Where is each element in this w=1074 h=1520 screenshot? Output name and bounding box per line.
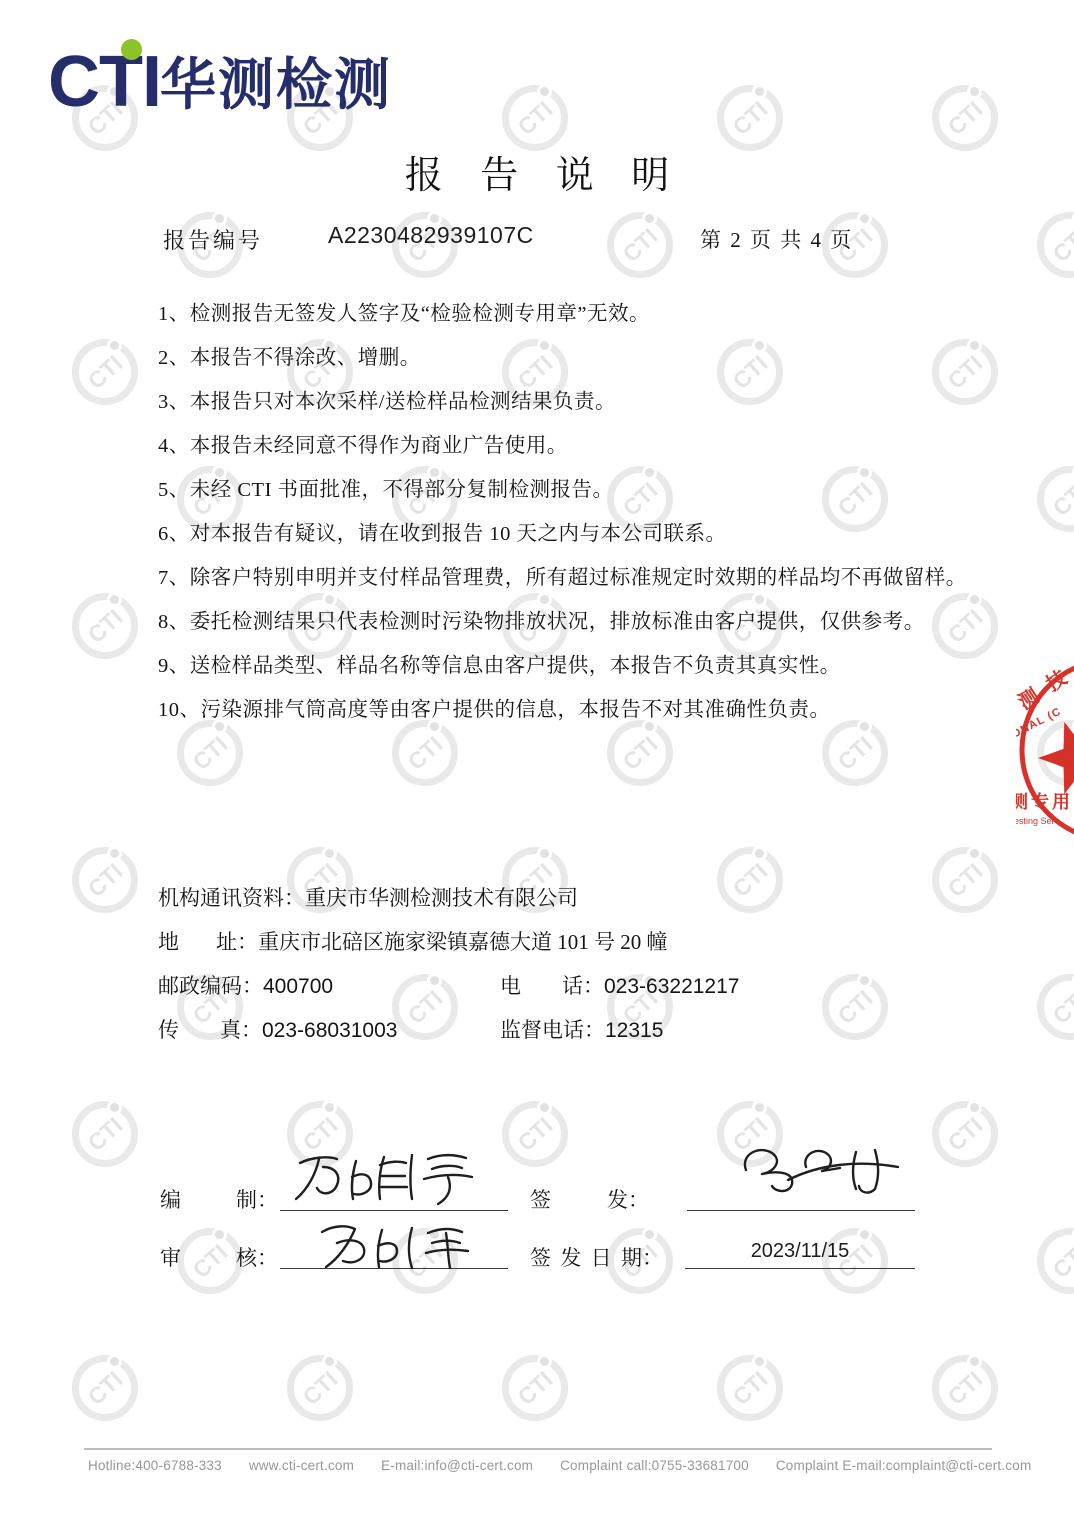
reviewed-by-label: 审核： bbox=[160, 1242, 278, 1272]
org-label: 机构通讯资料 bbox=[158, 886, 284, 910]
page-title: 报 告 说 明 bbox=[0, 144, 1074, 199]
svg-text:测 技: 测 技 bbox=[1016, 663, 1074, 714]
postcode-label: 邮政编码 bbox=[158, 964, 242, 1008]
footer: Hotline:400-6788-333 www.cti-cert.com E-… bbox=[88, 1458, 1031, 1473]
note-item: 10、污染源排气筒高度等由客户提供的信息，本报告不对其准确性负责。 bbox=[158, 688, 967, 732]
cti-logo-text: CTI bbox=[48, 46, 161, 118]
issue-date-label: 签发日期： bbox=[530, 1242, 663, 1272]
contact-postcode-phone-row: 邮政编码：400700 电话：023-63221217 bbox=[158, 964, 668, 1008]
reviewed-signature-handwriting bbox=[310, 1218, 480, 1270]
note-item: 1、检测报告无签发人签字及“检验检测专用章”无效。 bbox=[158, 292, 967, 336]
svg-text:ONAL (C: ONAL (C bbox=[1016, 705, 1064, 740]
note-item: 3、本报告只对本次采样/送检样品检测结果负责。 bbox=[158, 380, 967, 424]
supervision-value: 12315 bbox=[605, 1019, 663, 1042]
colon: ： bbox=[237, 930, 258, 954]
colon: ： bbox=[284, 886, 305, 910]
org-value: 重庆市华测检测技术有限公司 bbox=[305, 886, 578, 910]
report-number-value: A2230482939107C bbox=[328, 222, 534, 249]
fax-label: 传真 bbox=[158, 1008, 241, 1052]
phone-label: 电话 bbox=[500, 964, 583, 1008]
contact-address-row: 地址：重庆市北碚区施家梁镇嘉德大道 101 号 20 幢 bbox=[158, 920, 668, 964]
contact-org-row: 机构通讯资料：重庆市华测检测技术有限公司 bbox=[158, 876, 668, 920]
issued-signature-handwriting bbox=[732, 1140, 907, 1198]
note-item: 4、本报告未经同意不得作为商业广告使用。 bbox=[158, 424, 967, 468]
fax-value: 023-68031003 bbox=[262, 1019, 397, 1042]
cti-logo-green-dot-icon bbox=[121, 39, 142, 60]
footer-divider bbox=[84, 1448, 992, 1450]
footer-complaint-call: Complaint call:0755-33681700 bbox=[560, 1458, 749, 1473]
phone-field: 电话：023-63221217 bbox=[500, 964, 739, 1009]
cti-logo-chinese: 华测检测 bbox=[160, 58, 392, 114]
issue-date-line bbox=[685, 1268, 915, 1269]
note-item: 8、委托检测结果只代表检测时污染物排放状况，排放标准由客户提供，仅供参考。 bbox=[158, 600, 967, 644]
colon: ： bbox=[583, 974, 604, 998]
report-notes-list: 1、检测报告无签发人签字及“检验检测专用章”无效。 2、本报告不得涂改、增删。 … bbox=[158, 292, 967, 732]
contact-block: 机构通讯资料：重庆市华测检测技术有限公司 地址：重庆市北碚区施家梁镇嘉德大道 1… bbox=[158, 876, 668, 1052]
issued-by-label: 签发： bbox=[530, 1184, 649, 1214]
svg-text:测专用: 测专用 bbox=[1016, 791, 1073, 812]
address-value: 重庆市北碚区施家梁镇嘉德大道 101 号 20 幢 bbox=[258, 930, 668, 954]
prepared-signature-line bbox=[280, 1210, 508, 1211]
phone-value: 023-63221217 bbox=[604, 975, 739, 998]
report-page: CTICTICTICTICTICTICTICTICTICTICTICTICTIC… bbox=[0, 0, 1074, 1520]
svg-text:esting Ser: esting Ser bbox=[1016, 816, 1055, 826]
report-number-label: 报告编号 bbox=[163, 224, 263, 255]
note-item: 9、送检样品类型、样品名称等信息由客户提供，本报告不负责其真实性。 bbox=[158, 644, 967, 688]
issued-signature-line bbox=[687, 1210, 915, 1211]
prepared-signature-handwriting bbox=[290, 1146, 480, 1206]
inspection-stamp-partial: 测 技 ONAL (C 测专用 esting Ser bbox=[1016, 652, 1074, 848]
footer-email: E-mail:info@cti-cert.com bbox=[381, 1458, 533, 1473]
stamp-star-icon bbox=[1038, 722, 1074, 794]
footer-hotline: Hotline:400-6788-333 bbox=[88, 1458, 222, 1473]
note-item: 5、未经 CTI 书面批准，不得部分复制检测报告。 bbox=[158, 468, 967, 512]
footer-complaint-email: Complaint E-mail:complaint@cti-cert.com bbox=[776, 1458, 1032, 1473]
supervision-label: 监督电话 bbox=[500, 1008, 584, 1052]
supervision-field: 监督电话：12315 bbox=[500, 1008, 663, 1053]
note-item: 2、本报告不得涂改、增删。 bbox=[158, 336, 967, 380]
contact-fax-supervision-row: 传真：023-68031003 监督电话：12315 bbox=[158, 1008, 668, 1052]
issue-date-value: 2023/11/15 bbox=[685, 1240, 915, 1263]
note-item: 6、对本报告有疑议，请在收到报告 10 天之内与本公司联系。 bbox=[158, 512, 967, 556]
colon: ： bbox=[241, 1018, 262, 1042]
colon: ： bbox=[242, 974, 263, 998]
postcode-value: 400700 bbox=[263, 975, 333, 998]
page-indicator: 第 2 页 共 4 页 bbox=[700, 224, 853, 254]
prepared-by-label: 编制： bbox=[160, 1184, 278, 1214]
note-item: 7、除客户特别申明并支付样品管理费，所有超过标准规定时效期的样品均不再做留样。 bbox=[158, 556, 967, 600]
footer-website: www.cti-cert.com bbox=[249, 1458, 354, 1473]
colon: ： bbox=[584, 1018, 605, 1042]
address-label: 地址 bbox=[158, 920, 237, 964]
